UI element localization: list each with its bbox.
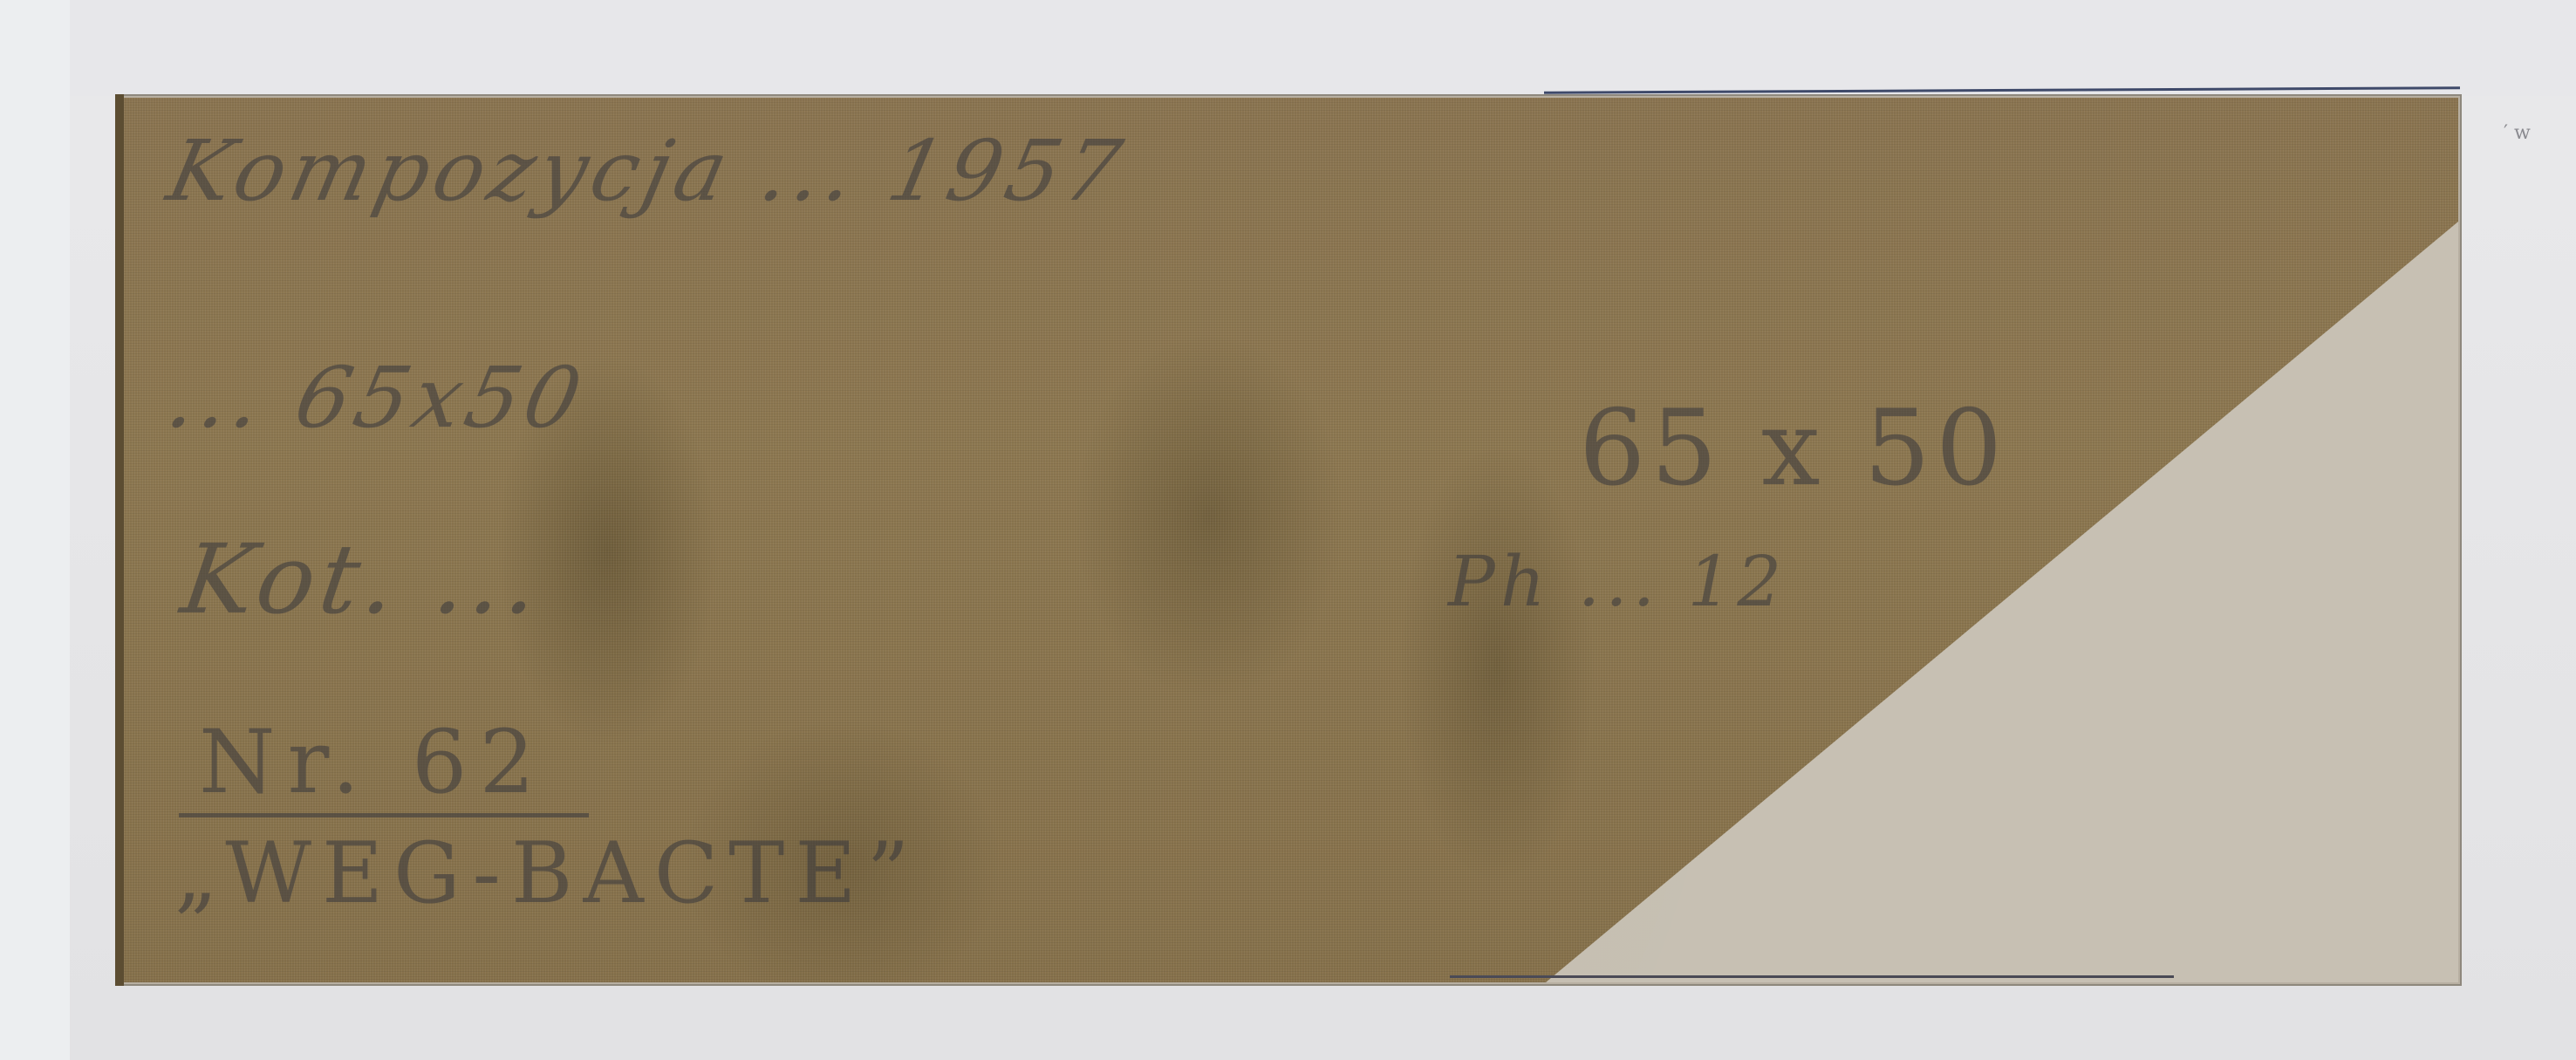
mat-left-strip [0,0,70,1060]
inscription-dimensions: 65 x 50 [1579,388,2007,509]
inscription-line-3: Kot. ... [175,523,550,635]
inscription-line-3-right: Ph ... 12 [1448,541,1787,622]
inscription-line-2: ... 65x50 [160,349,594,447]
bottom-pencil-line [1450,975,2174,978]
canvas-left-edge [115,94,124,986]
inscription-line-1: Kompozycja ... 1957 [160,122,1134,220]
mat-top-strip [70,0,2576,96]
inscription-title: „WEG-BACTE” [174,824,919,922]
inscription-number: Nr. 62 [199,711,547,813]
number-underline [179,813,589,817]
corner-pencil-marks: ′ w [2504,122,2531,144]
